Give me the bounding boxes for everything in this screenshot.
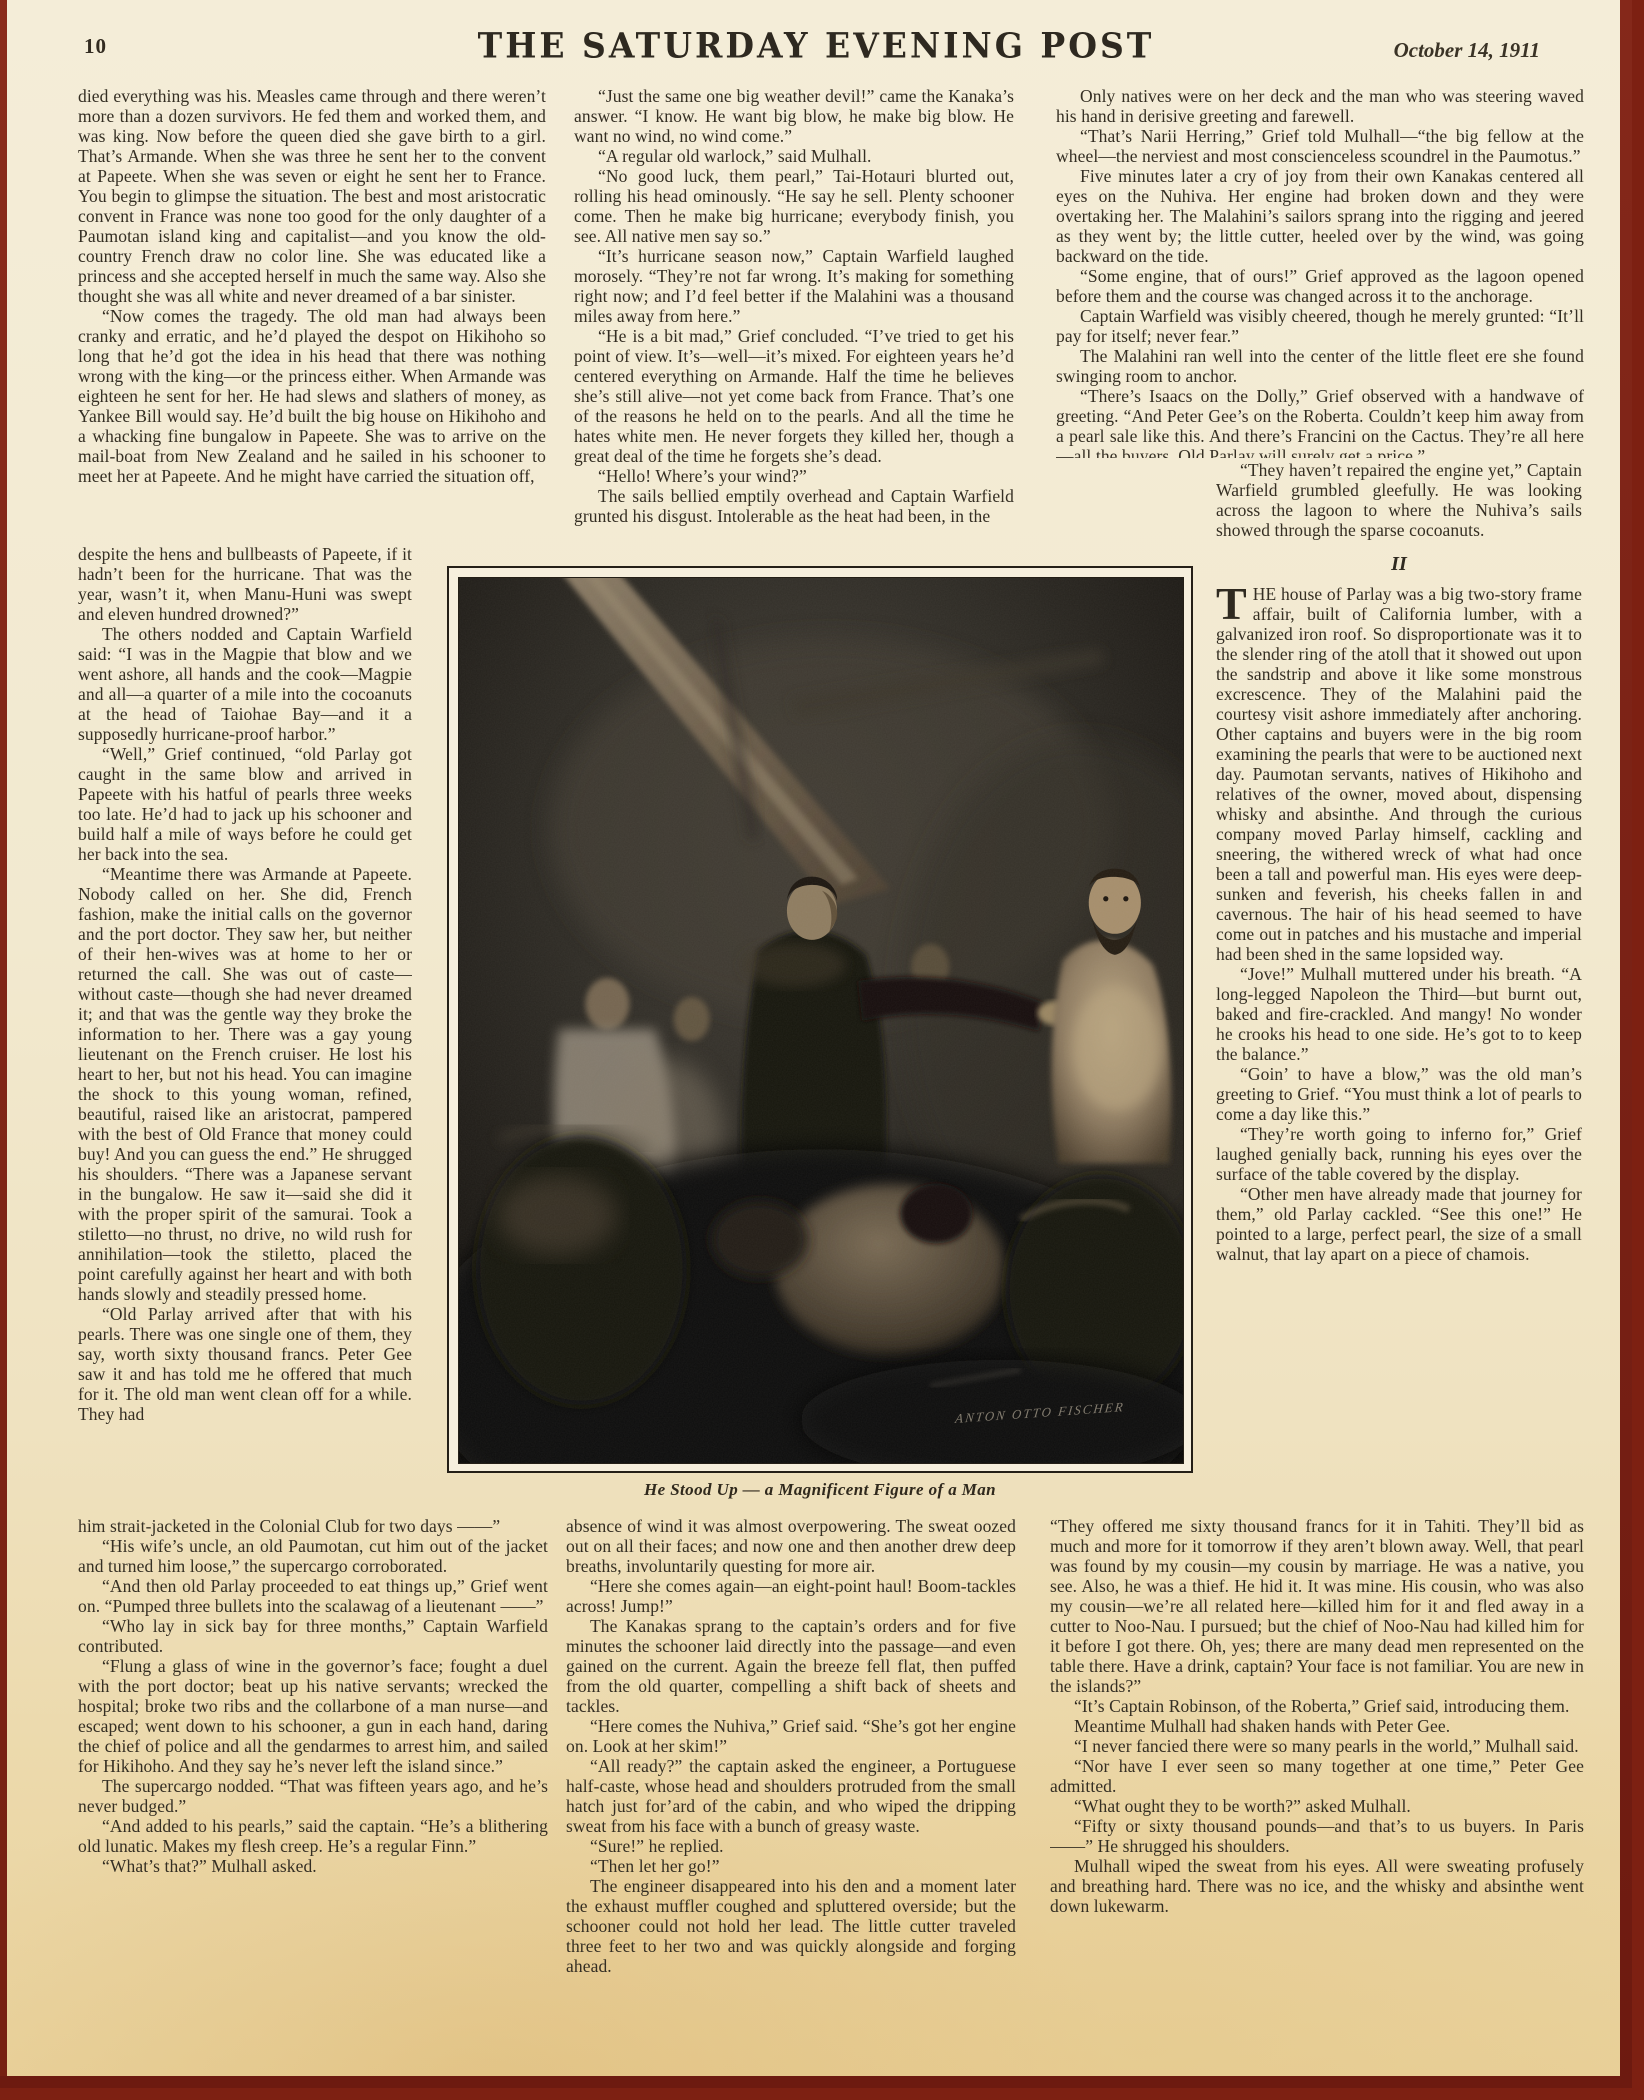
illustration-artwork (459, 578, 1183, 1463)
paragraph: “I never fancied there were so many pear… (1050, 1736, 1584, 1756)
paragraph: “Well,” Grief continued, “old Parlay got… (78, 744, 412, 864)
paragraph: “Here she comes again—an eight-point hau… (566, 1576, 1016, 1616)
paragraph: “Fifty or sixty thousand pounds—and that… (1050, 1816, 1584, 1856)
paragraph: “No good luck, them pearl,” Tai-Hotauri … (574, 166, 1014, 246)
paragraph: “It’s hurricane season now,” Captain War… (574, 246, 1014, 326)
column-3-body-paragraphs: “Jove!” Mulhall muttered under his breat… (1216, 964, 1582, 1264)
paragraph: “Some engine, that of ours!” Grief appro… (1056, 266, 1584, 306)
paragraph: The sails bellied emptily overhead and C… (574, 486, 1014, 526)
section-two-heading: II (1216, 554, 1582, 574)
paragraph: “Here comes the Nuhiva,” Grief said. “Sh… (566, 1716, 1016, 1756)
paragraph: “Now comes the tragedy. The old man had … (78, 306, 546, 486)
paragraph: despite the hens and bullbeasts of Papee… (78, 544, 412, 624)
page-edge-bottom (0, 2076, 1632, 2088)
paragraph: “Who lay in sick bay for three months,” … (78, 1616, 548, 1656)
paragraph: him strait-jacketed in the Colonial Club… (78, 1516, 548, 1536)
column-1-bottom-text: him strait-jacketed in the Colonial Club… (78, 1516, 548, 1876)
page-edge-right (1620, 0, 1632, 2088)
masthead-title: THE SATURDAY EVENING POST (0, 25, 1632, 66)
paragraph: “That’s Narii Herring,” Grief told Mulha… (1056, 126, 1584, 166)
column-1-top-text: died everything was his. Measles came th… (78, 86, 546, 544)
paragraph: Only natives were on her deck and the ma… (1056, 86, 1584, 126)
paragraph: died everything was his. Measles came th… (78, 86, 546, 306)
paragraph: The engineer disappeared into his den an… (566, 1876, 1016, 1976)
dropcap-paragraph-text: HE house of Parlay was a big two-story f… (1216, 584, 1582, 964)
dropcap-letter: T (1216, 584, 1253, 623)
paragraph: “Jove!” Mulhall muttered under his breat… (1216, 964, 1582, 1064)
paragraph: “There’s Isaacs on the Dolly,” Grief obs… (1056, 386, 1584, 458)
paragraph: The Kanakas sprang to the captain’s orde… (566, 1616, 1016, 1716)
column-2-bottom-text: absence of wind it was almost overpoweri… (566, 1516, 1016, 2036)
column-2-top-text: “Just the same one big weather devil!” c… (574, 86, 1014, 562)
paragraph: “Old Parlay arrived after that with his … (78, 1304, 412, 1424)
paragraph: “Meantime there was Armande at Papeete. … (78, 864, 412, 1304)
column-3-top-text: Only natives were on her deck and the ma… (1056, 86, 1584, 458)
paragraph: “They offered me sixty thousand francs f… (1050, 1516, 1584, 1696)
paragraph: “Then let her go!” (566, 1856, 1016, 1876)
paragraph: “Sure!” he replied. (566, 1836, 1016, 1856)
paragraph: Five minutes later a cry of joy from the… (1056, 166, 1584, 266)
paragraph: absence of wind it was almost overpoweri… (566, 1516, 1016, 1576)
illustration-caption: He Stood Up — a Magnificent Figure of a … (447, 1480, 1193, 1500)
paragraph: “What ought they to be worth?” asked Mul… (1050, 1796, 1584, 1816)
column-3-bottom-text: “They offered me sixty thousand francs f… (1050, 1516, 1584, 1986)
paragraph: The supercargo nodded. “That was fifteen… (78, 1776, 548, 1816)
paragraph: The Malahini ran well into the center of… (1056, 346, 1584, 386)
paragraph: The others nodded and Captain Warfield s… (78, 624, 412, 744)
paragraph: “Other men have already made that journe… (1216, 1184, 1582, 1264)
paragraph: “His wife’s uncle, an old Paumotan, cut … (78, 1536, 548, 1576)
paragraph: “What’s that?” Mulhall asked. (78, 1856, 548, 1876)
story-illustration-frame: ANTON OTTO FISCHER (447, 566, 1193, 1473)
paragraph: “Flung a glass of wine in the governor’s… (78, 1656, 548, 1776)
paragraph: “Just the same one big weather devil!” c… (574, 86, 1014, 146)
column-3-narrow-text: “They haven’t repaired the engine yet,” … (1216, 460, 1582, 1516)
page-edge-left (0, 0, 7, 2088)
paragraph: “And added to his pearls,” said the capt… (78, 1816, 548, 1856)
column-3-intro-paragraphs: “They haven’t repaired the engine yet,” … (1216, 460, 1582, 540)
paragraph: Mulhall wiped the sweat from his eyes. A… (1050, 1856, 1584, 1916)
issue-date: October 14, 1911 (1394, 38, 1540, 63)
column-1-narrow-text: despite the hens and bullbeasts of Papee… (78, 544, 412, 1516)
paragraph: “He is a bit mad,” Grief concluded. “I’v… (574, 326, 1014, 466)
paragraph: Captain Warfield was visibly cheered, th… (1056, 306, 1584, 346)
paragraph: “Goin’ to have a blow,” was the old man’… (1216, 1064, 1582, 1124)
paragraph: “Nor have I ever seen so many together a… (1050, 1756, 1584, 1796)
paragraph: Meantime Mulhall had shaken hands with P… (1050, 1716, 1584, 1736)
paragraph: “All ready?” the captain asked the engin… (566, 1756, 1016, 1836)
paragraph: “It’s Captain Robinson, of the Roberta,”… (1050, 1696, 1584, 1716)
story-illustration: ANTON OTTO FISCHER (458, 577, 1184, 1464)
paragraph: “They’re worth going to inferno for,” Gr… (1216, 1124, 1582, 1184)
paragraph: “And then old Parlay proceeded to eat th… (78, 1576, 548, 1616)
magazine-page: 10 THE SATURDAY EVENING POST October 14,… (0, 0, 1632, 2088)
dropcap-paragraph: THE house of Parlay was a big two-story … (1216, 584, 1582, 964)
paragraph: “A regular old warlock,” said Mulhall. (574, 146, 1014, 166)
paragraph: “They haven’t repaired the engine yet,” … (1216, 460, 1582, 540)
paragraph: “Hello! Where’s your wind?” (574, 466, 1014, 486)
